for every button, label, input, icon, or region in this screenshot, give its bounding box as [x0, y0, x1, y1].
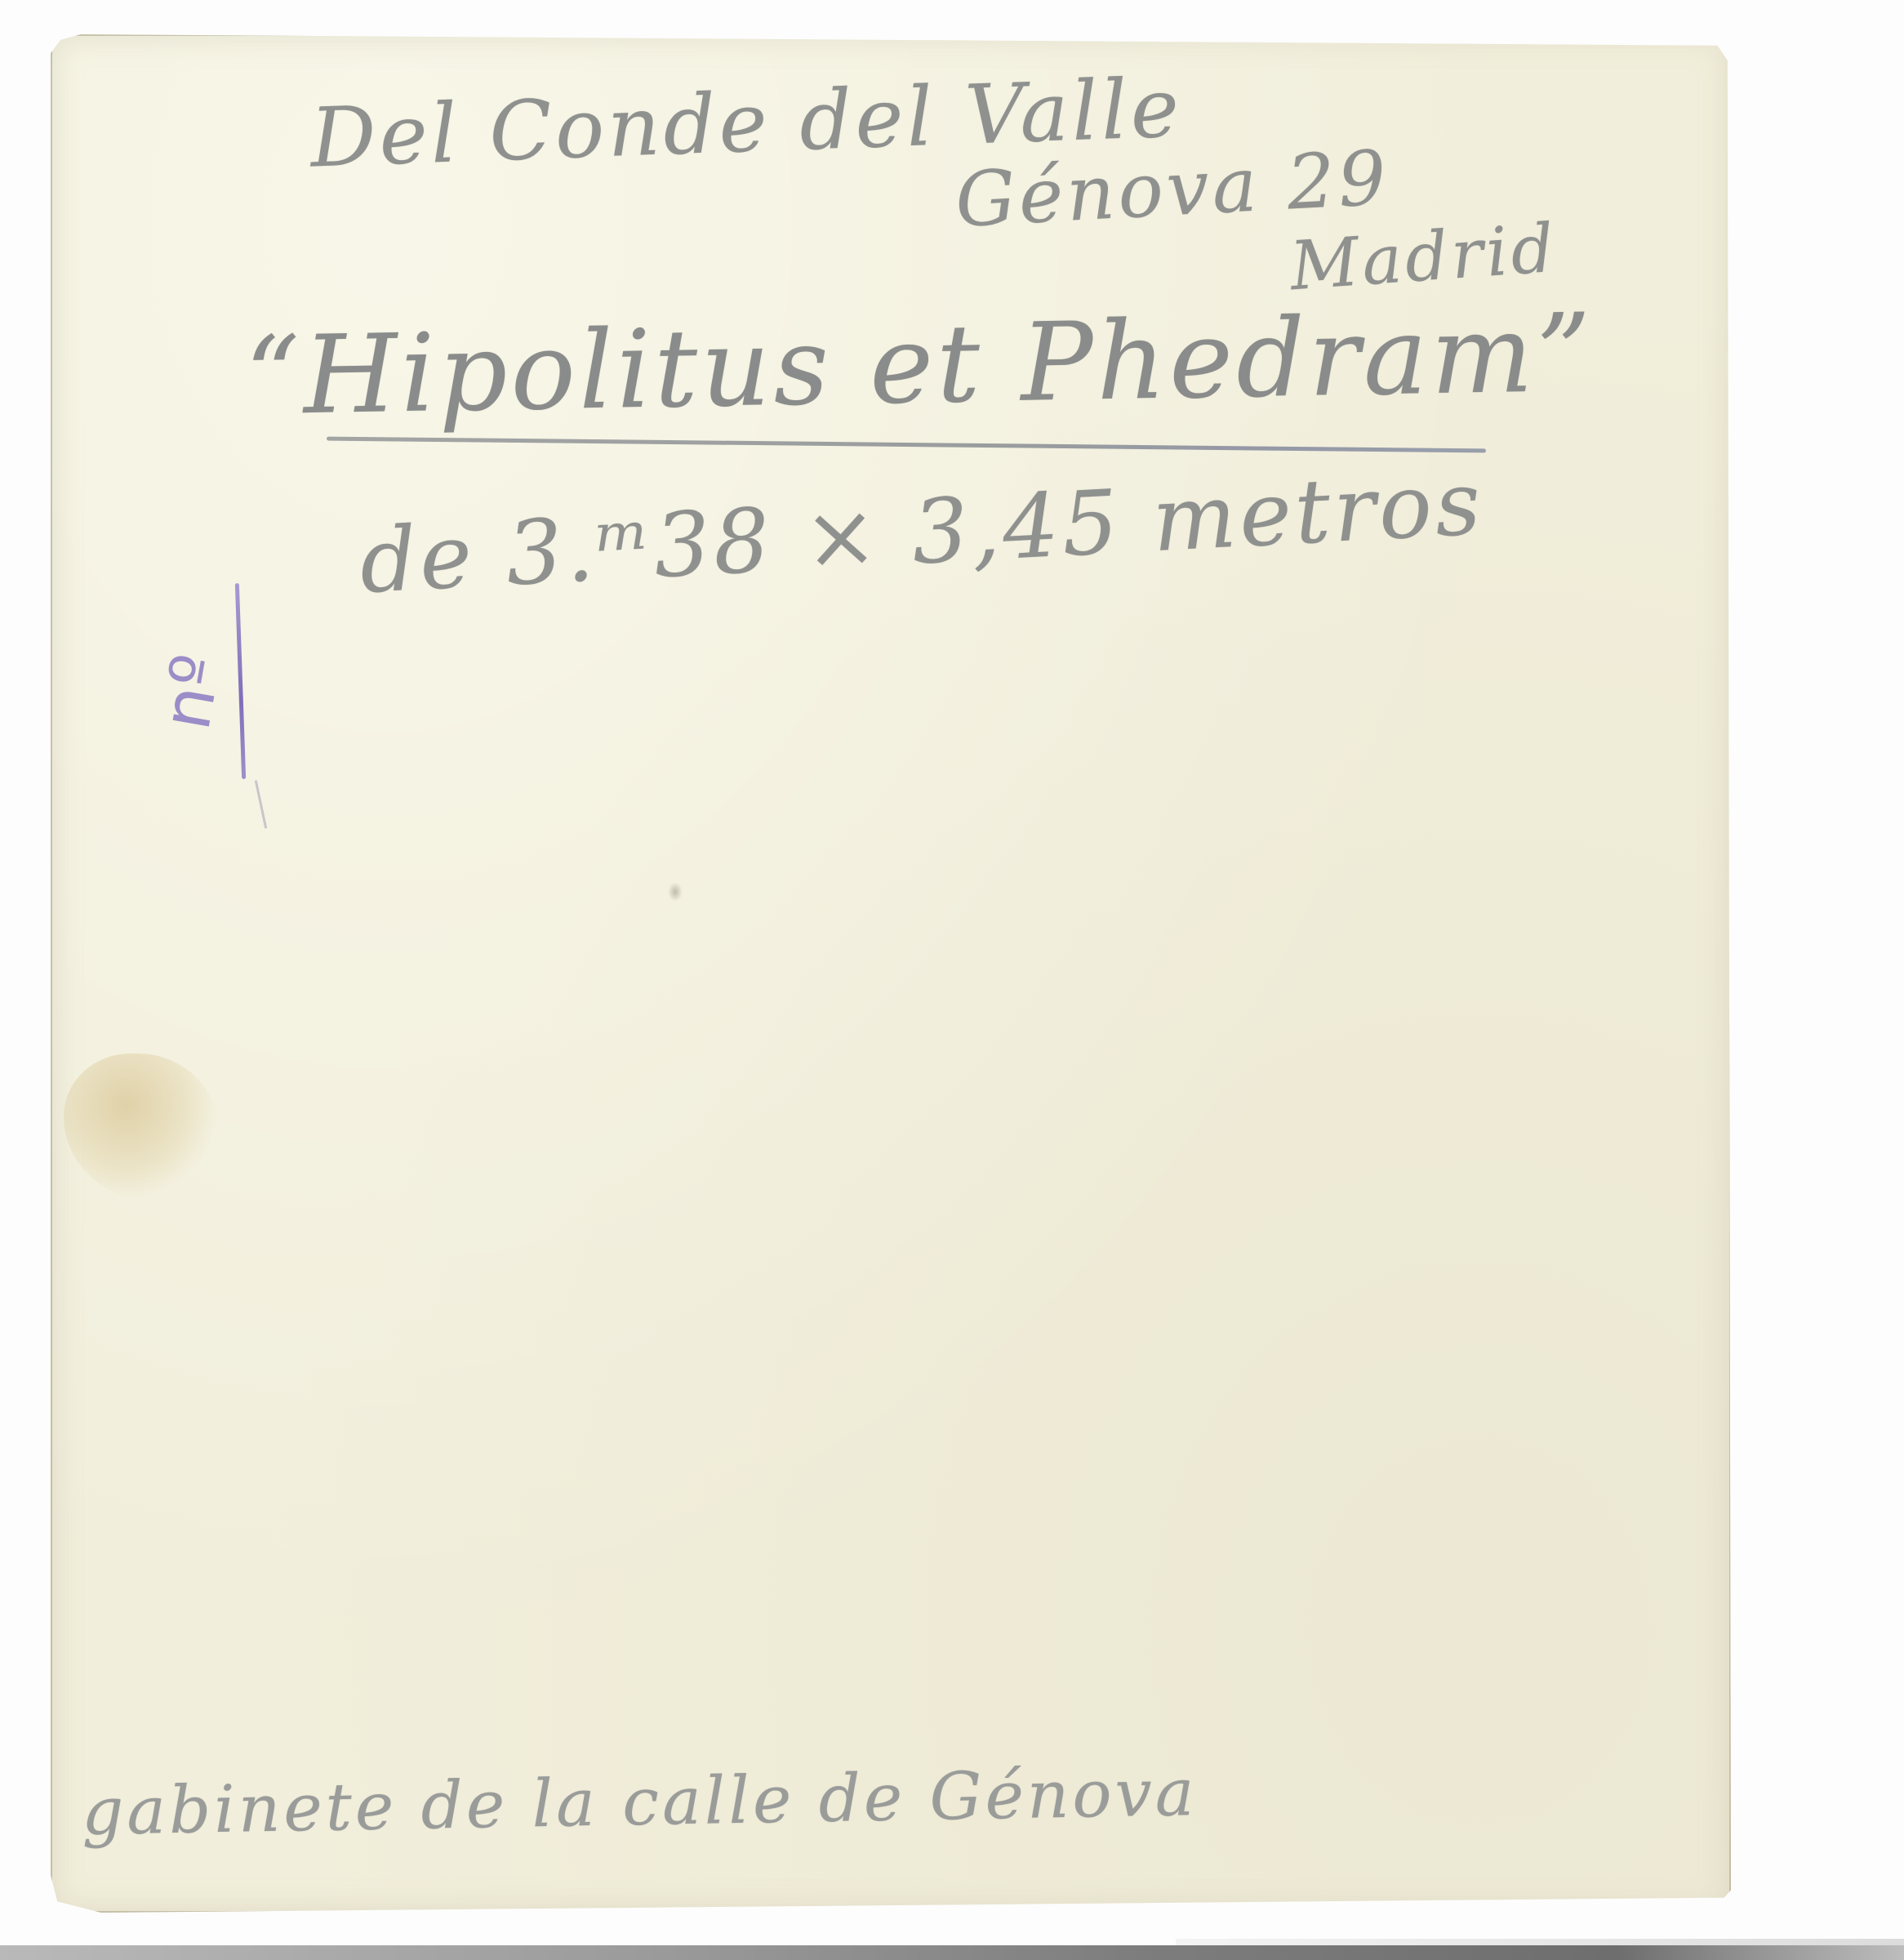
scanner-edge-light	[1176, 1939, 1904, 1945]
paper-speck	[668, 882, 683, 902]
scanned-document: Del Conde del Valle Génova 29 Madrid “Hi…	[0, 0, 1904, 1960]
scanner-edge-bar	[0, 1945, 1904, 1960]
purple-number-mark: nº	[148, 649, 237, 736]
artwork-title: “Hipolitus et Phedram”	[244, 291, 1595, 440]
